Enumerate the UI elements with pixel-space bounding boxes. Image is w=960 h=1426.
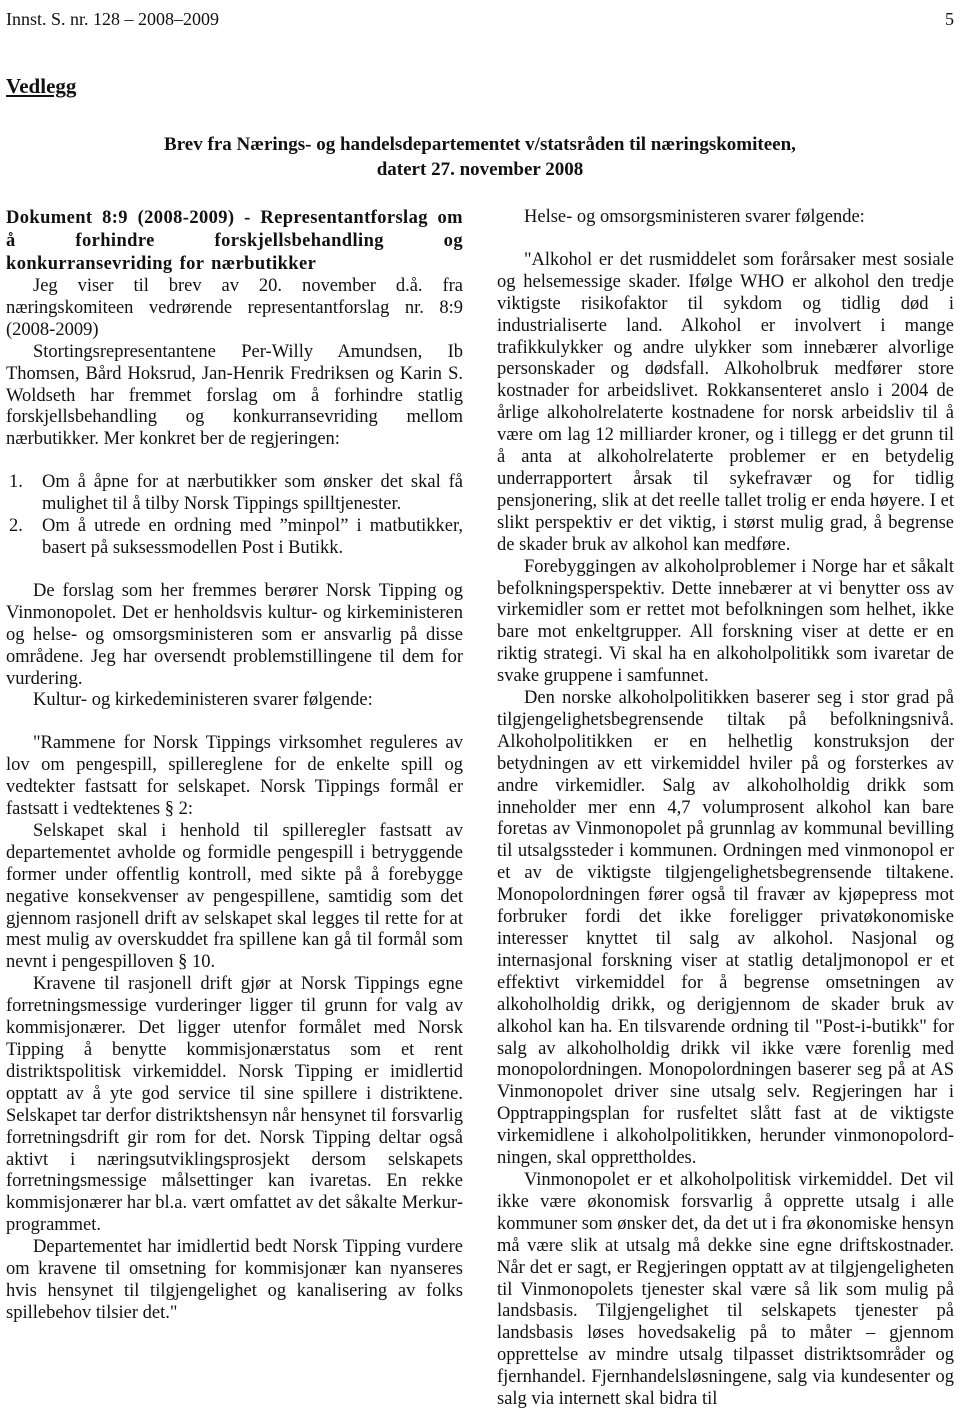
paragraph-intro-1: Jeg viser til brev av 20. november d.å. … (6, 276, 463, 342)
letter-title: Brev fra Nærings- og handelsdepartemente… (6, 132, 954, 182)
proposal-item-1-number: 1. (9, 472, 23, 494)
paragraph-kultur-quote-3: Kravene til rasjonell drift gjør at Nors… (6, 974, 463, 1237)
proposal-list: 1. Om å åpne for at nærbutikker som ønsk… (6, 472, 463, 560)
paragraph-forward: De forslag som her fremmes berører Norsk… (6, 581, 463, 691)
paragraph-helse-quote-4: Vinmonopolet er et alkoholpolitisk virke… (497, 1170, 954, 1411)
two-column-body: Dokument 8:9 (2008-2009) - Representantf… (6, 207, 954, 1411)
paragraph-kultur-intro: Kultur- og kirkedeministeren svarer følg… (6, 690, 463, 712)
running-title: Innst. S. nr. 128 – 2008–2009 (6, 8, 219, 30)
paragraph-helse-quote-3: Den norske alkoholpolitikken baserer seg… (497, 688, 954, 1170)
page-number: 5 (945, 8, 954, 30)
section-label: Vedlegg (6, 74, 954, 99)
proposal-item-2-number: 2. (9, 516, 23, 538)
paragraph-helse-intro: Helse- og omsorgsministeren svarer følge… (497, 207, 954, 229)
letter-title-line2: datert 27. november 2008 (6, 157, 954, 182)
paragraph-intro-2: Stortingsrepresentantene Per-Willy Amund… (6, 342, 463, 452)
paragraph-kultur-quote-1: "Rammene for Norsk Tippings virksomhet r… (6, 733, 463, 821)
letter-title-line1: Brev fra Nærings- og handelsdepartemente… (6, 132, 954, 157)
paragraph-helse-quote-2: Forebyggingen av alkoholproblemer i Norg… (497, 557, 954, 688)
right-column: Helse- og omsorgsministeren svarer følge… (497, 207, 954, 1411)
paragraph-helse-quote-1: "Alkohol er det rusmiddelet som forårsak… (497, 250, 954, 557)
page-header: Innst. S. nr. 128 – 2008–2009 5 (6, 8, 954, 30)
document-heading: Dokument 8:9 (2008-2009) - Representantf… (6, 207, 463, 276)
proposal-item-1: 1. Om å åpne for at nærbutikker som ønsk… (6, 472, 463, 516)
proposal-item-2-text: Om å utrede en ordning med ”minpol” i ma… (42, 516, 463, 558)
left-column: Dokument 8:9 (2008-2009) - Representantf… (6, 207, 463, 1411)
proposal-item-1-text: Om å åpne for at nærbutikker som ønsker … (42, 472, 463, 514)
paragraph-kultur-quote-4: Departementet har imidlertid bedt Norsk … (6, 1237, 463, 1325)
document-page: Innst. S. nr. 128 – 2008–2009 5 Vedlegg … (0, 0, 960, 1426)
proposal-item-2: 2. Om å utrede en ordning med ”minpol” i… (6, 516, 463, 560)
paragraph-kultur-quote-2: Selskapet skal i henhold til spilleregle… (6, 821, 463, 974)
